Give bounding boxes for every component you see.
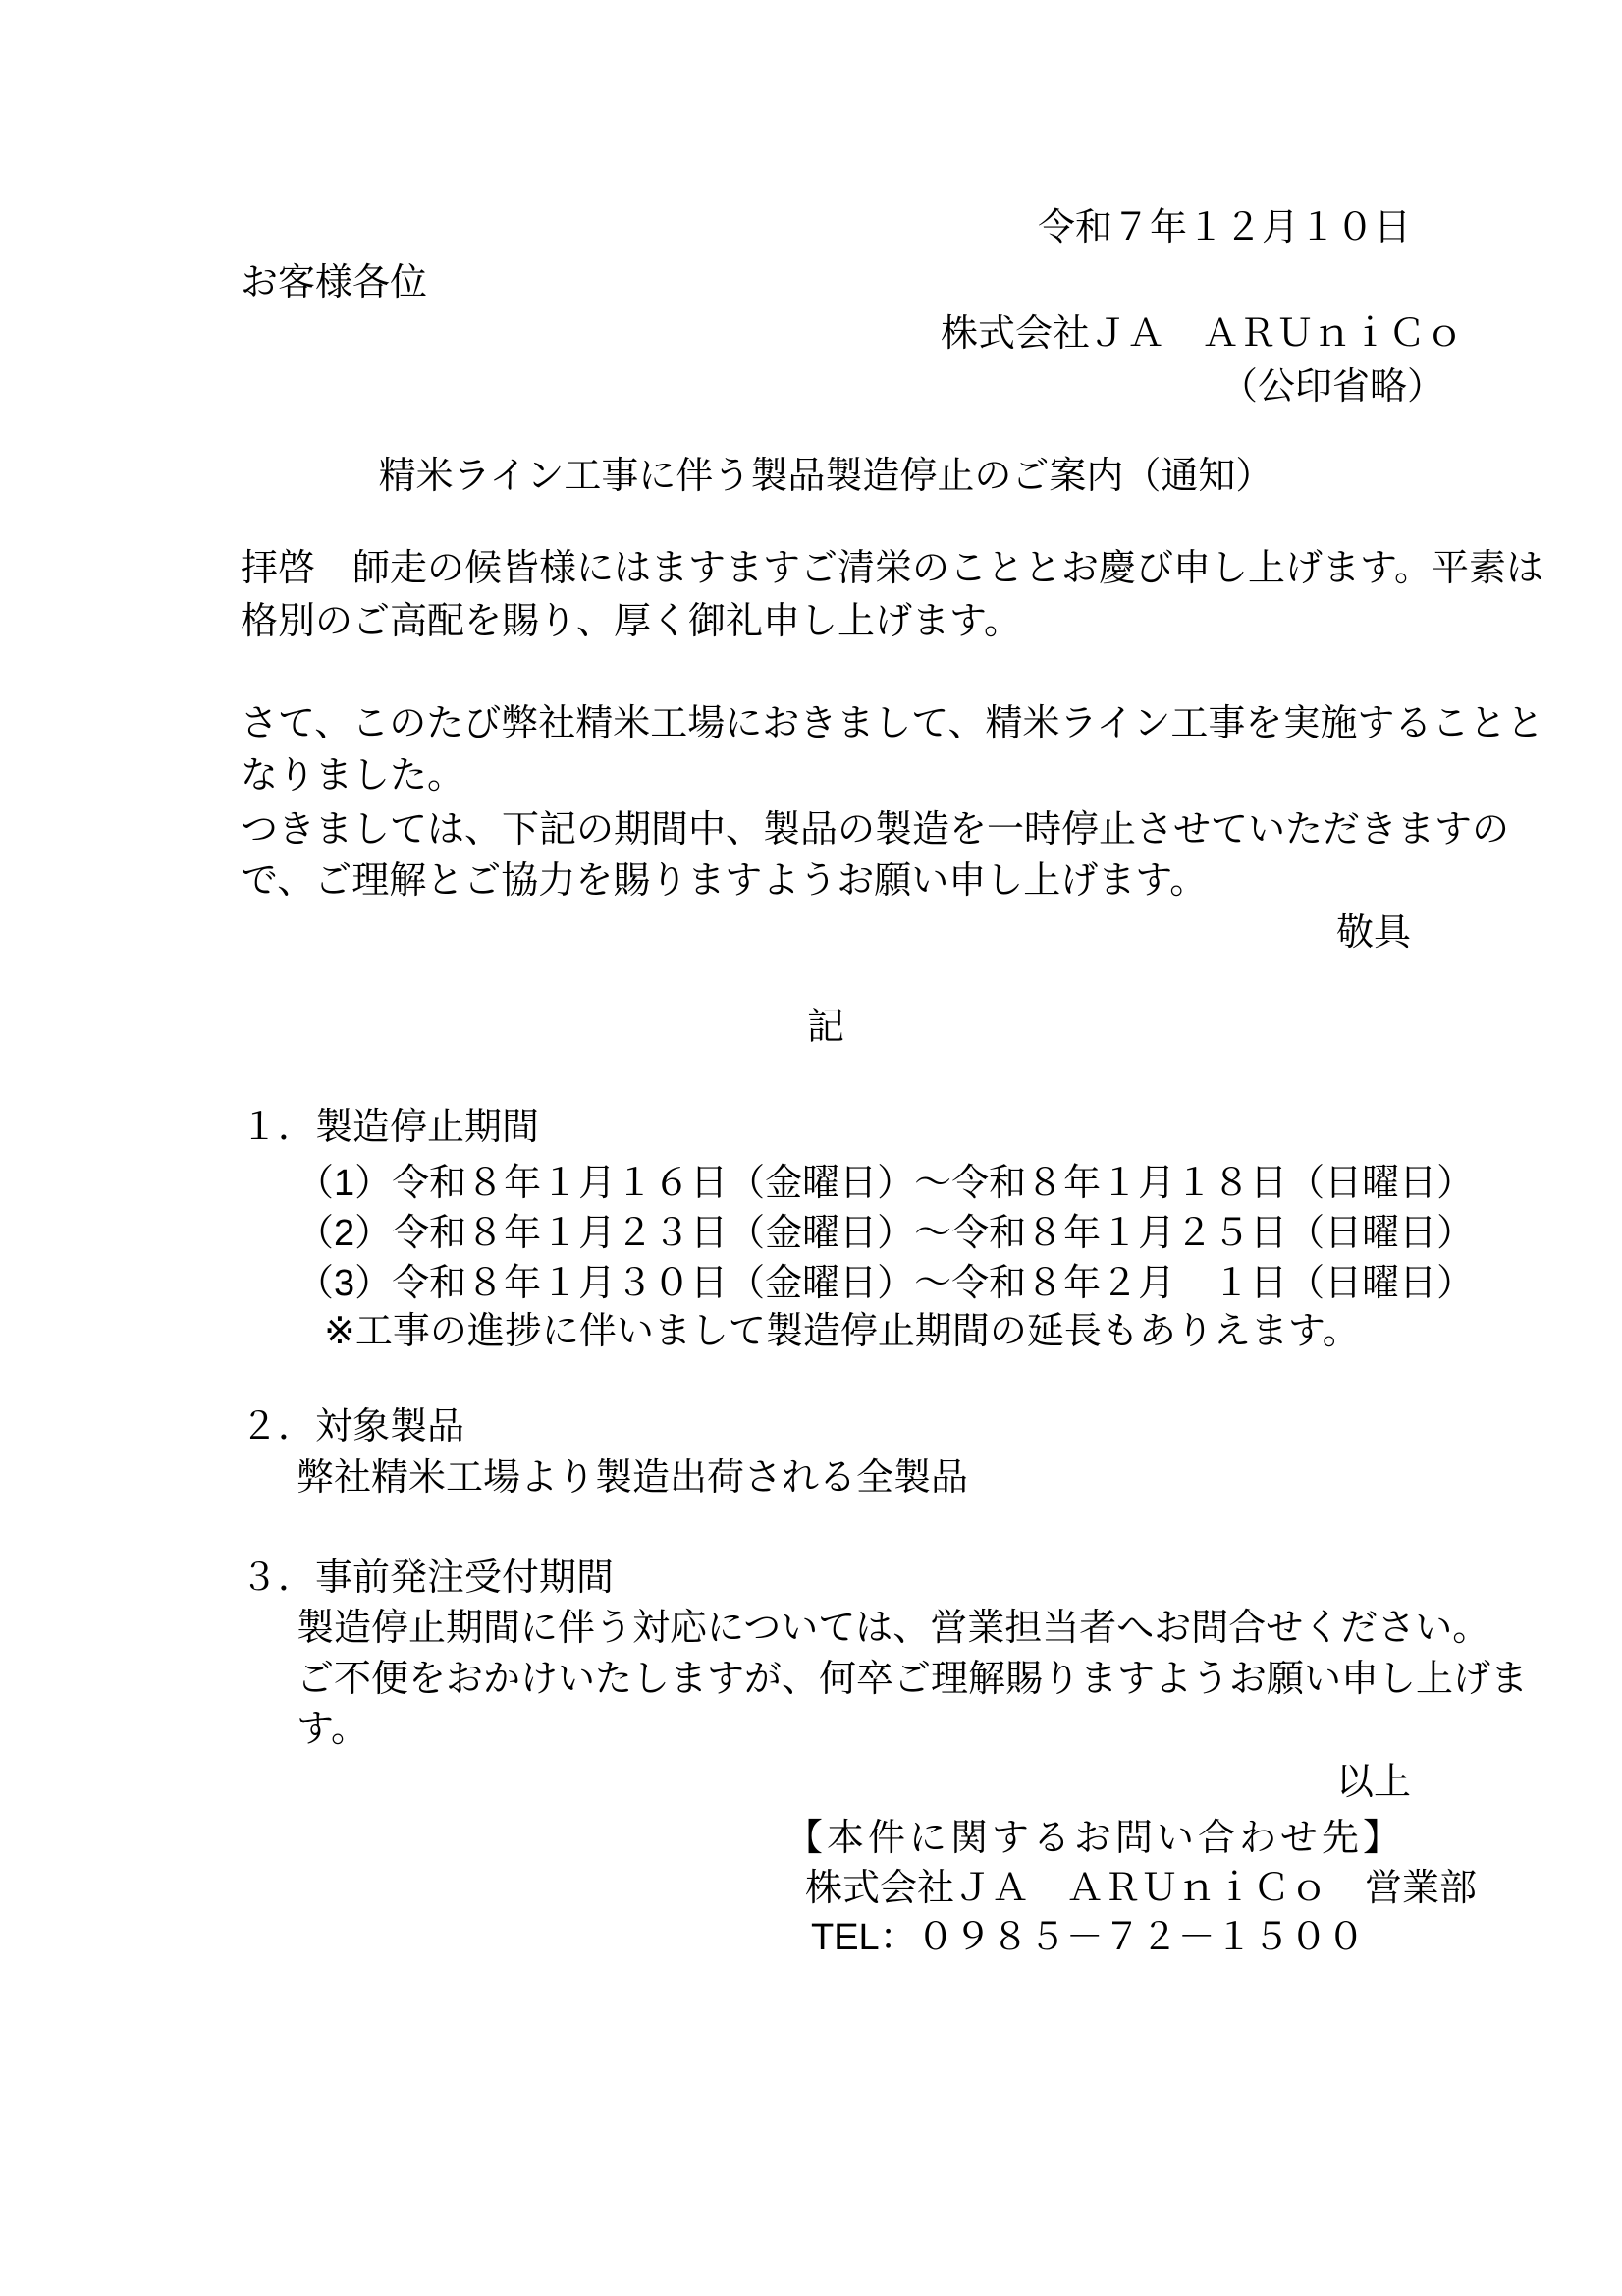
section-2-body: 弊社精米工場より製造出荷される全製品 [297, 1451, 1411, 1504]
section-3-line: ご不便をおかけいたしますが、何卒ご理解賜りますようお願い申し上げま [297, 1653, 1411, 1706]
section-1-note: ※工事の進捗に伴いまして製造停止期間の延長もありえます。 [324, 1305, 1411, 1358]
section-1-item: （3）令和８年１月３０日（金曜日）～令和８年２月 １日（日曜日） [297, 1257, 1411, 1310]
contact-company: 株式会社ＪＡ ＡＲＵｎｉＣｏ 営業部 [805, 1862, 1477, 1915]
section-3-line: す。 [297, 1703, 1411, 1756]
date-line: 令和７年１２月１０日 [241, 201, 1411, 254]
seal-omitted-note: （公印省略） [1220, 360, 1444, 413]
closing-keigu: 敬具 [241, 906, 1411, 959]
document-page: 令和７年１２月１０日 お客様各位 株式会社ＪＡ ＡＲＵｎｉＣｏ （公印省略） 精… [0, 0, 1622, 2296]
record-mark: 記 [241, 1001, 1411, 1054]
greeting-line-1: 拝啓 師走の候皆様にはますますご清栄のこととお慶び申し上げます。平素は [241, 542, 1411, 595]
section-1-title: １．製造停止期間 [241, 1101, 1411, 1154]
sender-company: 株式会社ＪＡ ＡＲＵｎｉＣｏ [941, 307, 1463, 360]
section-1-item: （2）令和８年１月２３日（金曜日）～令和８年１月２５日（日曜日） [297, 1207, 1411, 1260]
contact-tel: TEL：０９８５－７２－１５００ [811, 1911, 1365, 1964]
section-3-line: 製造停止期間に伴う対応については、営業担当者へお問合せください。 [297, 1602, 1411, 1655]
recipient: お客様各位 [241, 256, 1411, 309]
body-line-3: つきましては、下記の期間中、製品の製造を一時停止させていただきますの [241, 803, 1411, 856]
contact-header: 【本件に関するお問い合わせ先】 [785, 1812, 1404, 1865]
greeting-line-2: 格別のご高配を賜り、厚く御礼申し上げます。 [241, 595, 1411, 648]
section-1-item: （1）令和８年１月１６日（金曜日）～令和８年１月１８日（日曜日） [297, 1157, 1411, 1210]
document-title: 精米ライン工事に伴う製品製造停止のご案内（通知） [241, 450, 1411, 503]
end-mark-ijou: 以上 [241, 1756, 1411, 1809]
section-2-title: ２．対象製品 [241, 1400, 1411, 1453]
body-line-2: なりました。 [241, 749, 1411, 802]
section-3-title: ３．事前発注受付期間 [241, 1552, 1411, 1605]
body-line-1: さて、このたび弊社精米工場におきまして、精米ライン工事を実施することと [241, 697, 1411, 750]
body-line-4: で、ご理解とご協力を賜りますようお願い申し上げます。 [241, 854, 1411, 907]
